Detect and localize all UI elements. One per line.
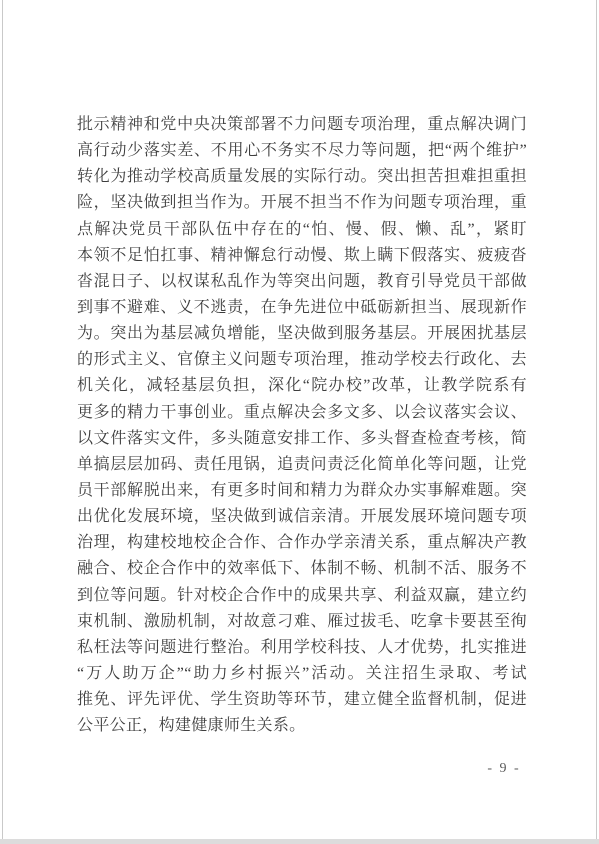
page-edge-left [2,0,3,839]
text-line: 到位等问题。针对校企合作中的成果共享、利益双赢，建立约 [77,583,527,609]
page-number: - 9 - [478,760,530,778]
document-page: 批示精神和党中央决策部署不力问题专项治理，重点解决调门高行动少落实差、不用心不务… [0,0,599,844]
text-line: 更多的精力干事创业。重点解决会多文多、以会议落实会议、 [77,400,527,426]
text-line: 机关化，减轻基层负担，深化“院办校”改革，让教学院系有 [77,373,527,399]
text-line: 以文件落实文件，多头随意安排工作、多头督查检查考核，简 [77,426,527,452]
text-line: 推免、评先评优、学生资助等环节，建立健全监督机制，促进 [77,687,527,713]
text-line: 出优化发展环境，坚决做到诚信亲清。开展发展环境问题专项 [77,504,527,530]
page-edge-bottom-shadow [0,839,599,844]
text-line: 到事不避难、义不逃责，在争先进位中砥砺新担当、展现新作 [77,295,527,321]
text-line: 私枉法等问题进行整治。利用学校科技、人才优势，扎实推进 [77,635,527,661]
text-line: 批示精神和党中央决策部署不力问题专项治理，重点解决调门 [77,112,527,138]
text-line: 的形式主义、官僚主义问题专项治理，推动学校去行政化、去 [77,347,527,373]
text-line: 本领不足怕扛事、精神懈怠行动慢、欺上瞒下假落实、疲疲沓 [77,243,527,269]
text-line: 治理，构建校地校企合作、合作办学亲清关系，重点解决产教 [77,530,527,556]
text-line: 员干部解脱出来，有更多时间和精力为群众办实事解难题。突 [77,478,527,504]
text-line: 融合、校企合作中的效率低下、体制不畅、机制不活、服务不 [77,556,527,582]
body-text: 批示精神和党中央决策部署不力问题专项治理，重点解决调门高行动少落实差、不用心不务… [77,112,527,739]
text-line: 险，坚决做到担当作为。开展不担当不作为问题专项治理，重 [77,190,527,216]
page-edge-right [596,0,597,839]
text-line: 束机制、激励机制，对故意刁难、雁过拔毛、吃拿卡要甚至徇 [77,609,527,635]
text-line: 单搞层层加码、责任甩锅，追责问责泛化简单化等问题，让党 [77,452,527,478]
text-line: 高行动少落实差、不用心不务实不尽力等问题，把“两个维护” [77,138,527,164]
text-line: 转化为推动学校高质量发展的实际行动。突出担苦担难担重担 [77,164,527,190]
text-line: 公平公正，构建健康师生关系。 [77,713,527,739]
text-line: 为。突出为基层减负增能，坚决做到服务基层。开展困扰基层 [77,321,527,347]
text-line: 点解决党员干部队伍中存在的“怕、慢、假、懒、乱”，紧盯 [77,217,527,243]
text-line: 沓混日子、以权谋私乱作为等突出问题，教育引导党员干部做 [77,269,527,295]
text-line: “万人助万企”“助力乡村振兴”活动。关注招生录取、考试 [77,661,527,687]
